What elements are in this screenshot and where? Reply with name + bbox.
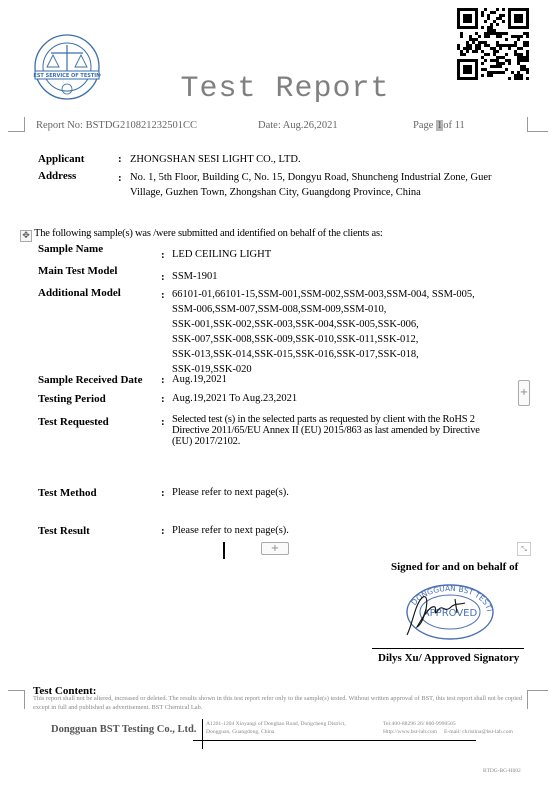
table-resize-handle[interactable]: ⤡ bbox=[517, 542, 531, 556]
company-contact: Tel:400-88296 26/ 800-9990505 Http://www… bbox=[383, 720, 513, 736]
company-address: A1201-1204 Xinyangi of Dongbao Road, Don… bbox=[206, 720, 346, 736]
colon: : bbox=[118, 153, 122, 165]
colon: : bbox=[118, 172, 122, 184]
test-method-label: Test Method bbox=[38, 487, 97, 499]
test-requested-label: Test Requested bbox=[38, 416, 109, 428]
add-row-button[interactable]: + bbox=[261, 542, 289, 555]
colon: : bbox=[161, 525, 165, 537]
margin-corner-mark bbox=[527, 690, 548, 709]
report-number: Report No: BSTDG210821232501CC bbox=[36, 120, 197, 131]
main-test-model-label: Main Test Model bbox=[38, 265, 117, 277]
company-name: Dongguan BST Testing Co., Ltd. bbox=[51, 724, 196, 735]
address-label: Address bbox=[38, 170, 76, 182]
test-result-label: Test Result bbox=[38, 525, 90, 537]
testing-period-label: Testing Period bbox=[38, 393, 106, 405]
applicant-label: Applicant bbox=[38, 153, 84, 165]
colon: : bbox=[161, 487, 165, 499]
address-value: No. 1, 5th Floor, Building C, No. 15, Do… bbox=[130, 170, 492, 200]
colon: : bbox=[161, 374, 165, 386]
additional-model-value: 66101-01,66101-15,SSM-001,SSM-002,SSM-00… bbox=[172, 287, 475, 377]
sample-received-date-value: Aug.19,2021 bbox=[172, 372, 227, 387]
footer-divider bbox=[202, 719, 203, 749]
test-result-value: Please refer to next page(s). bbox=[172, 523, 289, 538]
approved-stamp-icon: DONGGUAN BST TESTING CO.,LTD APPROVED bbox=[395, 583, 495, 641]
margin-corner-mark bbox=[527, 117, 548, 132]
applicant-value: ZHONGSHAN SESI LIGHT CO., LTD. bbox=[130, 152, 301, 167]
svg-text:APPROVED: APPROVED bbox=[423, 608, 478, 619]
margin-corner-mark bbox=[8, 690, 25, 709]
test-method-value: Please refer to next page(s). bbox=[172, 485, 289, 500]
sample-intro: The following sample(s) was /were submit… bbox=[34, 228, 383, 239]
test-content-disclaimer: This report shall not be altered, increa… bbox=[33, 695, 523, 712]
additional-model-label: Additional Model bbox=[38, 287, 121, 299]
signatory-name: Dilys Xu/ Approved Signatory bbox=[378, 652, 519, 664]
colon: : bbox=[161, 249, 165, 261]
qr-code-icon bbox=[457, 8, 529, 80]
page-title: Test Report bbox=[0, 72, 558, 106]
signed-for-text: Signed for and on behalf of bbox=[391, 561, 518, 573]
colon: : bbox=[161, 416, 165, 428]
footer-divider bbox=[193, 740, 476, 741]
form-code: BTDG-BG-H002 bbox=[483, 768, 521, 774]
table-move-handle[interactable]: ✥ bbox=[20, 230, 32, 242]
sample-name-label: Sample Name bbox=[38, 243, 103, 255]
signature-line bbox=[372, 648, 524, 649]
colon: : bbox=[161, 393, 165, 405]
text-cursor bbox=[223, 542, 225, 559]
colon: : bbox=[161, 271, 165, 283]
page-number: Page 1of 11 bbox=[413, 120, 465, 131]
sample-received-date-label: Sample Received Date bbox=[38, 374, 142, 386]
main-test-model-value: SSM-1901 bbox=[172, 269, 218, 284]
margin-corner-mark bbox=[8, 117, 25, 132]
test-requested-value: Selected test (s) in the selected parts … bbox=[172, 414, 480, 447]
testing-period-value: Aug.19,2021 To Aug.23,2021 bbox=[172, 391, 297, 406]
colon: : bbox=[161, 289, 165, 301]
report-date: Date: Aug.26,2021 bbox=[258, 120, 338, 131]
sample-name-value: LED CEILING LIGHT bbox=[172, 247, 271, 262]
add-column-button[interactable]: + bbox=[518, 380, 530, 406]
